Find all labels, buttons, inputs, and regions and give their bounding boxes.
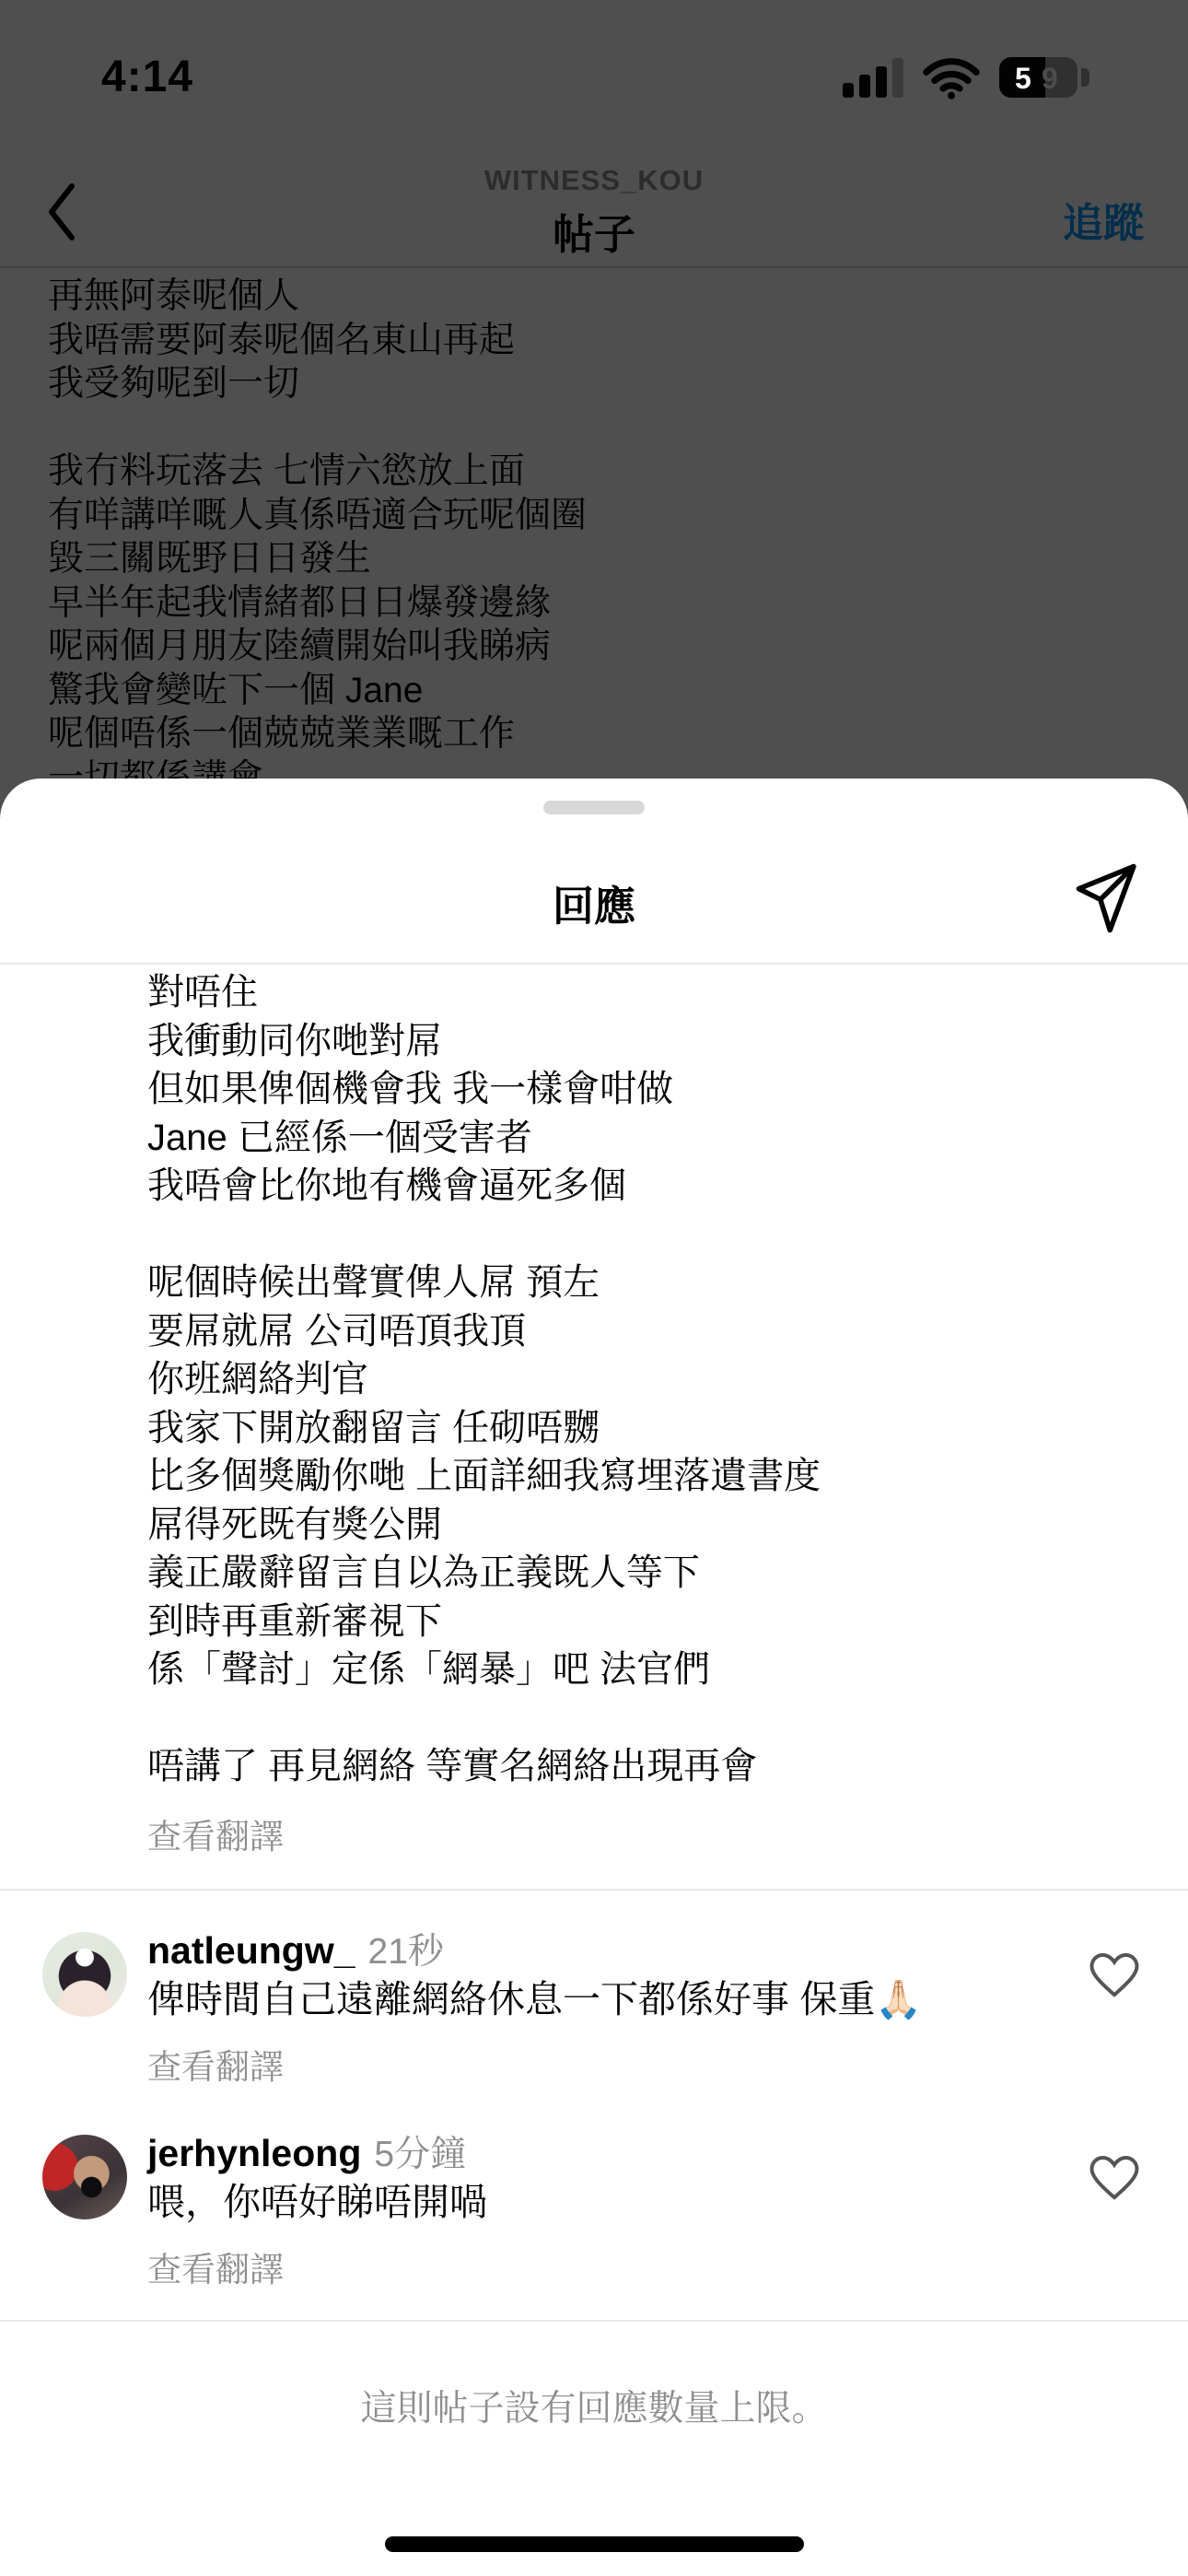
home-indicator[interactable] [385,2536,804,2552]
comments-sheet: 回應 對唔住 我衝動同你哋對屌 但如果俾個機會我 我一樣會咁做 Jane 已經係… [0,779,1188,2576]
comment-line: 你班網絡判官 [147,1355,1096,1404]
comment-timestamp: 5分鐘 [374,2135,466,2174]
comments-sheet-title: 回應 [0,872,1188,932]
comment-line: 我唔會比你地有機會逼死多個 [147,1162,1096,1211]
comment-limit-notice: 這則帖子設有回應數量上限。 [0,2380,1188,2431]
sheet-drag-handle[interactable] [543,801,645,814]
comment-line: 對唔住 [147,968,1096,1017]
comment-line: 要屌就屌 公司唔頂我頂 [147,1307,1096,1356]
footer-divider [0,2320,1188,2322]
comment-meta-row: jerhynleong5分鐘 [147,2129,466,2177]
comment-username[interactable]: jerhynleong [147,2132,361,2174]
heart-like-button[interactable] [1089,1950,1140,1998]
see-translation-link[interactable]: 查看翻譯 [147,1809,284,1858]
battery-percent-left: 5 [1015,62,1031,96]
comment-line: 到時再重新審視下 [147,1598,1096,1646]
comment-line [147,1694,1096,1743]
comment-line: Jane 已經係一個受害者 [147,1114,1096,1163]
avatar[interactable] [42,2135,127,2219]
heart-like-button[interactable] [1089,2153,1140,2201]
comment-meta-row: natleungw_21秒 [147,1926,444,1974]
battery-percent-right: 9 [1042,62,1058,96]
comment-line: 我家下開放翻留言 任砌唔嬲 [147,1404,1096,1453]
comment-username[interactable]: natleungw_ [147,1929,355,1972]
comment-line [147,1211,1096,1259]
comment-line: 係「聲討」定係「網暴」吧 法官們 [147,1645,1096,1694]
comment-divider [0,1889,1188,1891]
sheet-header-divider [0,963,1188,965]
comment-line: 唔講了 再見網絡 等實名網絡出現再會 [147,1742,1096,1791]
comment-line: 呢個時候出聲實俾人屌 預左 [147,1259,1096,1307]
comment-text: 俾時間自己遠離網絡休息一下都係好事 保重🙏🏻 [147,1974,1022,2024]
comment-text: 喂，你唔好睇唔開喎 [147,2177,1022,2227]
comment-line: 我衝動同你哋對屌 [147,1017,1096,1066]
instagram-post-screen: 4:14 5 9 [0,0,1188,2576]
avatar[interactable] [42,1932,127,2017]
comment-line: 義正嚴辭留言自以為正義既人等下 [147,1549,1096,1598]
comment-line: 但如果俾個機會我 我一樣會咁做 [147,1065,1096,1114]
expanded-comment-body: 對唔住 我衝動同你哋對屌 但如果俾個機會我 我一樣會咁做 Jane 已經係一個受… [147,968,1096,1791]
comment-line: 屌得死既有獎公開 [147,1501,1096,1550]
comment-line: 比多個獎勵你哋 上面詳細我寫埋落遺書度 [147,1452,1096,1501]
comment-timestamp: 21秒 [368,1932,444,1972]
share-button[interactable] [1070,861,1142,937]
see-translation-link[interactable]: 查看翻譯 [147,2242,284,2291]
see-translation-link[interactable]: 查看翻譯 [147,2039,284,2089]
